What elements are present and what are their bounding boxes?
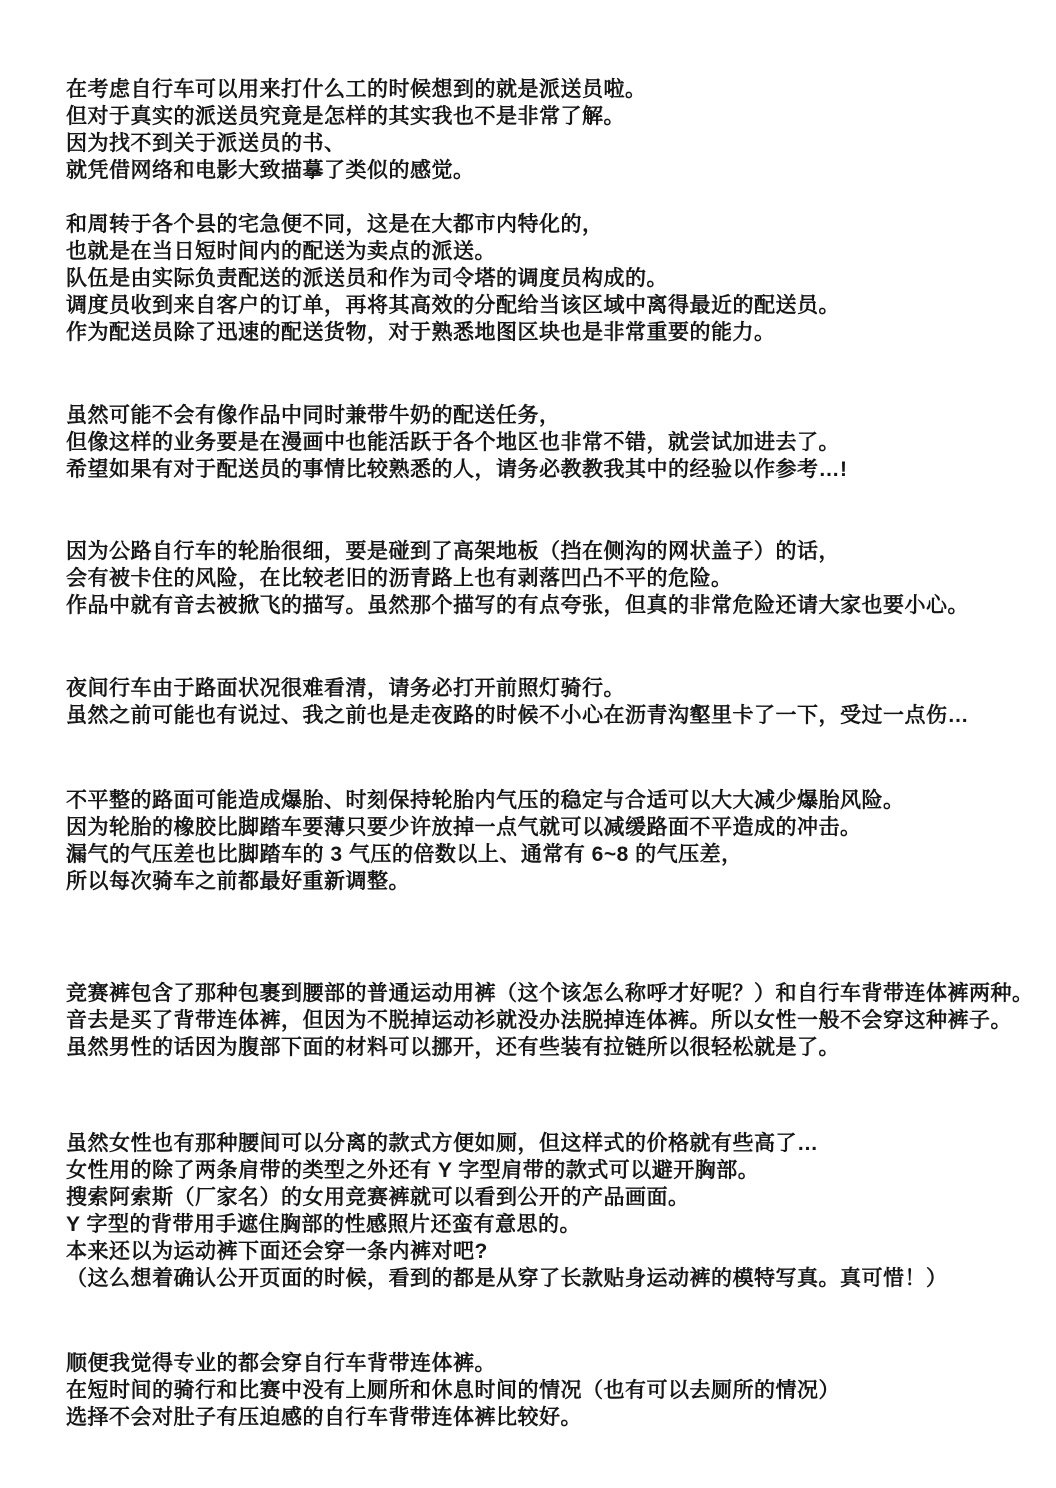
paragraph-8: 虽然女性也有那种腰间可以分离的款式方便如厕，但这样式的价格就有些高了… 女性用的…: [66, 1130, 1046, 1292]
text-line: 虽然女性也有那种腰间可以分离的款式方便如厕，但这样式的价格就有些高了…: [66, 1130, 1046, 1157]
text-line: （这么想着确认公开页面的时候，看到的都是从穿了长款贴身运动裤的模特写真。真可惜！…: [66, 1265, 1046, 1292]
text-line: 但对于真实的派送员究竟是怎样的其实我也不是非常了解。: [66, 103, 1046, 130]
text-line: 虽然男性的话因为腹部下面的材料可以挪开，还有些装有拉链所以很轻松就是了。: [66, 1034, 1046, 1061]
paragraph-6: 不平整的路面可能造成爆胎、时刻保持轮胎内气压的稳定与合适可以大大减少爆胎风险。 …: [66, 787, 1046, 895]
paragraph-1: 在考虑自行车可以用来打什么工的时候想到的就是派送员啦。 但对于真实的派送员究竟是…: [66, 76, 1046, 184]
text-line: 本来还以为运动裤下面还会穿一条内裤对吧?: [66, 1238, 1046, 1265]
text-line: 就凭借网络和电影大致描摹了类似的感觉。: [66, 157, 1046, 184]
text-line: 竞赛裤包含了那种包裹到腰部的普通运动用裤（这个该怎么称呼才好呢？）和自行车背带连…: [66, 980, 1046, 1007]
text-page: 在考虑自行车可以用来打什么工的时候想到的就是派送员啦。 但对于真实的派送员究竟是…: [0, 0, 1056, 1488]
text-line: 顺便我觉得专业的都会穿自行车背带连体裤。: [66, 1350, 1046, 1377]
text-line: 但像这样的业务要是在漫画中也能活跃于各个地区也非常不错，就尝试加进去了。: [66, 429, 1046, 456]
text-line: 作为配送员除了迅速的配送货物，对于熟悉地图区块也是非常重要的能力。: [66, 319, 1046, 346]
text-line: 夜间行车由于路面状况很难看清，请务必打开前照灯骑行。: [66, 675, 1046, 702]
text-line: 女性用的除了两条肩带的类型之外还有 Y 字型肩带的款式可以避开胸部。: [66, 1157, 1046, 1184]
paragraph-2: 和周转于各个县的宅急便不同，这是在大都市内特化的， 也就是在当日短时间内的配送为…: [66, 211, 1046, 346]
text-line: 希望如果有对于配送员的事情比较熟悉的人，请务必教教我其中的经验以作参考…!: [66, 456, 1046, 483]
text-line: 也就是在当日短时间内的配送为卖点的派送。: [66, 238, 1046, 265]
text-line: 会有被卡住的风险，在比较老旧的沥青路上也有剥落凹凸不平的危险。: [66, 565, 1046, 592]
text-line: 虽然可能不会有像作品中同时兼带牛奶的配送任务，: [66, 402, 1046, 429]
text-line: 漏气的气压差也比脚踏车的 3 气压的倍数以上、通常有 6~8 的气压差，: [66, 841, 1046, 868]
paragraph-3: 虽然可能不会有像作品中同时兼带牛奶的配送任务， 但像这样的业务要是在漫画中也能活…: [66, 402, 1046, 483]
text-line: Y 字型的背带用手遮住胸部的性感照片还蛮有意思的。: [66, 1211, 1046, 1238]
text-line: 选择不会对肚子有压迫感的自行车背带连体裤比较好。: [66, 1404, 1046, 1431]
text-line: 因为公路自行车的轮胎很细，要是碰到了高架地板（挡在侧沟的网状盖子）的话，: [66, 538, 1046, 565]
text-line: 不平整的路面可能造成爆胎、时刻保持轮胎内气压的稳定与合适可以大大减少爆胎风险。: [66, 787, 1046, 814]
text-line: 和周转于各个县的宅急便不同，这是在大都市内特化的，: [66, 211, 1046, 238]
text-line: 作品中就有音去被掀飞的描写。虽然那个描写的有点夸张，但真的非常危险还请大家也要小…: [66, 592, 1046, 619]
paragraph-9: 顺便我觉得专业的都会穿自行车背带连体裤。 在短时间的骑行和比赛中没有上厕所和休息…: [66, 1350, 1046, 1431]
paragraph-5: 夜间行车由于路面状况很难看清，请务必打开前照灯骑行。 虽然之前可能也有说过、我之…: [66, 675, 1046, 729]
text-line: 队伍是由实际负责配送的派送员和作为司令塔的调度员构成的。: [66, 265, 1046, 292]
text-line: 所以每次骑车之前都最好重新调整。: [66, 868, 1046, 895]
text-line: 虽然之前可能也有说过、我之前也是走夜路的时候不小心在沥青沟壑里卡了一下，受过一点…: [66, 702, 1046, 729]
text-line: 调度员收到来自客户的订单，再将其高效的分配给当该区域中离得最近的配送员。: [66, 292, 1046, 319]
text-line: 因为轮胎的橡胶比脚踏车要薄只要少许放掉一点气就可以减缓路面不平造成的冲击。: [66, 814, 1046, 841]
text-line: 在考虑自行车可以用来打什么工的时候想到的就是派送员啦。: [66, 76, 1046, 103]
text-line: 在短时间的骑行和比赛中没有上厕所和休息时间的情况（也有可以去厕所的情况）: [66, 1377, 1046, 1404]
text-line: 音去是买了背带连体裤，但因为不脱掉运动衫就没办法脱掉连体裤。所以女性一般不会穿这…: [66, 1007, 1046, 1034]
text-line: 搜索阿索斯（厂家名）的女用竞赛裤就可以看到公开的产品画面。: [66, 1184, 1046, 1211]
paragraph-4: 因为公路自行车的轮胎很细，要是碰到了高架地板（挡在侧沟的网状盖子）的话， 会有被…: [66, 538, 1046, 619]
paragraph-7: 竞赛裤包含了那种包裹到腰部的普通运动用裤（这个该怎么称呼才好呢？）和自行车背带连…: [66, 980, 1046, 1061]
text-line: 因为找不到关于派送员的书、: [66, 130, 1046, 157]
